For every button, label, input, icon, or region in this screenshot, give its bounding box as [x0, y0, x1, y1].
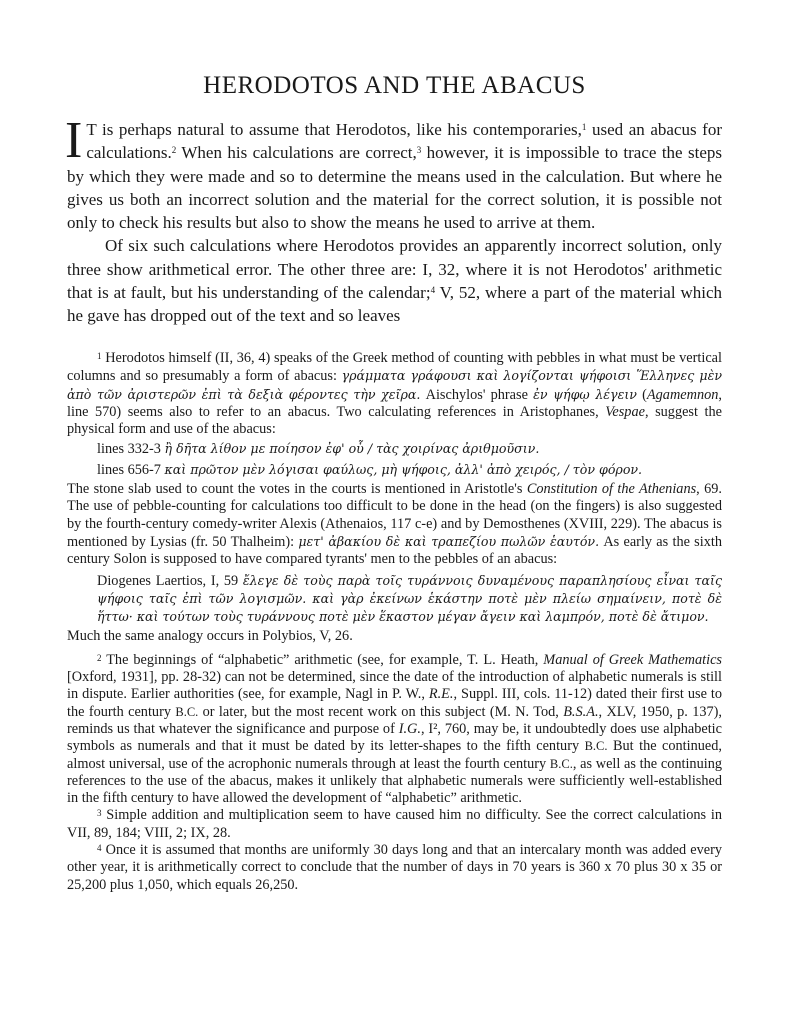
footnote-ref-3[interactable]: 3 — [417, 145, 422, 155]
paragraph-1: IT is perhaps natural to assume that Her… — [67, 118, 722, 234]
footnote-1: 1 Herodotos himself (II, 36, 4) speaks o… — [67, 350, 722, 438]
diogenes-quote: Diogenes Laertios, I, 59 ἔλεγε δὲ τοὺς π… — [67, 572, 722, 627]
main-text: IT is perhaps natural to assume that Her… — [67, 118, 722, 328]
quote-line-1: lines 332-3 ἢ δῆτα λίθον με ποίησον ἐφ' … — [67, 440, 722, 458]
paragraph-2: Of six such calculations where Herodotos… — [67, 234, 722, 327]
footnote-ref-4[interactable]: 4 — [431, 285, 436, 295]
greek-phrase: ἐν ψήφῳ λέγειν — [533, 387, 637, 402]
footnote-ref-1[interactable]: 1 — [582, 122, 587, 132]
footnote-1-continued: The stone slab used to count the votes i… — [67, 481, 722, 568]
drop-cap: I — [65, 121, 82, 161]
footnote-2: 2 The beginnings of “alphabetic” arithme… — [67, 652, 722, 808]
page-title: HERODOTOS AND THE ABACUS — [0, 72, 789, 100]
footnotes: 1 Herodotos himself (II, 36, 4) speaks o… — [67, 350, 722, 894]
footnote-ref-2[interactable]: 2 — [172, 145, 177, 155]
footnote-1-end: Much the same analogy occurs in Polybios… — [67, 628, 722, 645]
footnote-4: 4 Once it is assumed that months are uni… — [67, 842, 722, 894]
quote-line-2: lines 656-7 καὶ πρῶτον μὲν λόγισαι φαύλω… — [67, 461, 722, 479]
footnote-3: 3 Simple addition and multiplication see… — [67, 807, 722, 842]
